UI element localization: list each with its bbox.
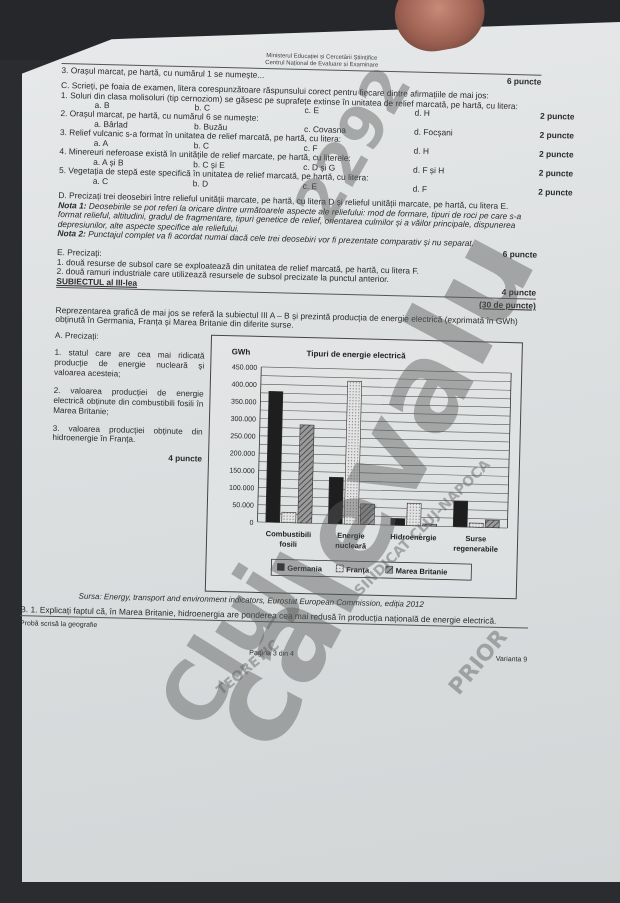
bar	[407, 503, 422, 526]
chart-canvas: GWhTipuri de energie electrică050.000100…	[206, 335, 522, 597]
points: 4 puncte	[52, 451, 202, 465]
subject3-a-block: A. Precizați: 1. statul care are cea mai…	[49, 331, 535, 600]
points: 2 puncte	[504, 111, 574, 122]
bar	[282, 512, 296, 523]
points: 2 puncte	[503, 187, 573, 198]
x-category-label: Combustibili	[266, 529, 312, 539]
subject3-a-item-1: 1. statul care are cea mai ridicată prod…	[54, 348, 205, 381]
points: 2 puncte	[504, 130, 574, 141]
x-category-label: Hidroenergie	[390, 532, 436, 542]
y-tick-label: 100.000	[229, 484, 255, 492]
bar	[298, 424, 314, 522]
bar	[453, 501, 468, 527]
subject3-a-title: A. Precizați:	[55, 331, 205, 345]
subject3-total-points: (30 de puncte)	[479, 300, 536, 311]
subject3-a-questions: A. Precizați: 1. statul care are cea mai…	[49, 331, 205, 592]
points: 6 puncte	[503, 250, 538, 260]
bar	[328, 477, 343, 524]
y-tick-label: 50.000	[232, 502, 254, 510]
subject3-a-item-2: 2. valoarea producției de energie electr…	[53, 386, 204, 419]
subject3-title: SUBIECTUL al III-lea	[56, 277, 137, 288]
points: 2 puncte	[503, 168, 573, 179]
bar	[469, 523, 483, 527]
x-category-label: Surse	[465, 534, 486, 544]
y-tick-label: 300.000	[231, 416, 257, 424]
variant-label: Varianta 9	[496, 656, 528, 665]
points: 2 puncte	[503, 149, 573, 160]
x-category-label: regenerabile	[453, 543, 498, 553]
x-category-label: fosili	[279, 539, 297, 548]
y-tick-label: 200.000	[230, 450, 256, 458]
legend-label: Franța	[346, 565, 370, 575]
subject3-a-item-3: 3. valoarea producției obținute din hidr…	[52, 423, 202, 446]
bar	[485, 520, 499, 528]
x-category-label: Energie	[337, 531, 365, 541]
section-c-items: 1. Soluri din clasa molisoluri (tip cern…	[59, 90, 541, 197]
x-category-label: nucleară	[335, 540, 367, 550]
y-tick-label: 250.000	[230, 433, 256, 441]
note2-label: Nota 2:	[57, 228, 86, 239]
y-tick-label: 400.000	[231, 381, 257, 389]
y-tick-label: 0	[249, 519, 253, 526]
y-tick-label: 450.000	[232, 364, 258, 372]
legend-label: Marea Britanie	[396, 566, 448, 576]
bar	[360, 503, 375, 524]
chart-title: Tipuri de energie electrică	[307, 349, 407, 360]
bar	[423, 524, 437, 526]
bar	[266, 391, 283, 522]
bar	[391, 518, 405, 525]
chart-ylabel: GWh	[232, 347, 251, 356]
y-tick-label: 350.000	[231, 398, 257, 406]
legend-label: Germania	[287, 563, 323, 573]
exam-page: Ministerul Educației și Cercetării Știin…	[47, 48, 542, 665]
points: 6 puncte	[507, 76, 542, 86]
energy-bar-chart: GWhTipuri de energie electrică050.000100…	[205, 334, 523, 599]
points: 4 puncte	[502, 288, 537, 298]
y-tick-label: 150.000	[229, 467, 255, 475]
bar	[344, 381, 361, 524]
page-number: Pagina 3 din 4	[249, 650, 294, 659]
